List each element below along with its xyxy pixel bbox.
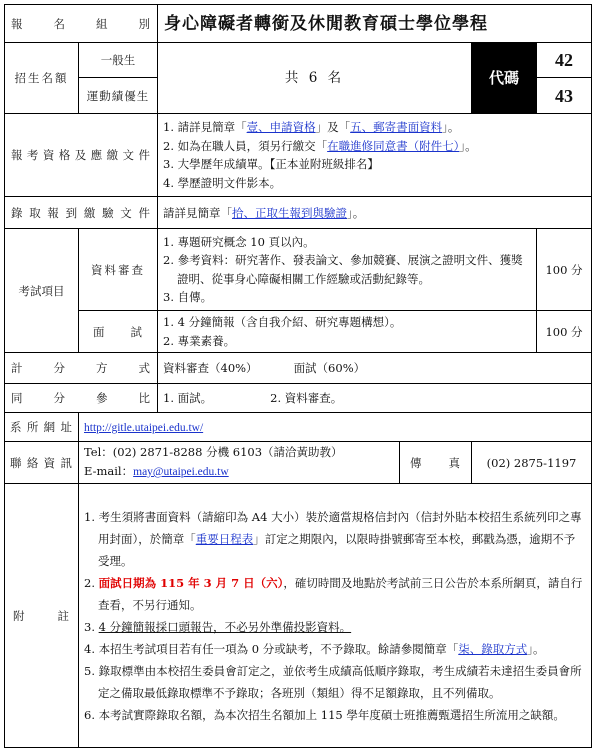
quota-category-athlete: 運動績優生 xyxy=(79,78,158,114)
program-name: 身心障礙者轉銜及休閒教育碩士學位學程 xyxy=(158,5,592,43)
note-item-1: 1. 考生須將書面資料（請縮印為 A4 大小）裝於適當規格信封內（信封外貼本校招… xyxy=(84,506,586,572)
interview-score: 100 分 xyxy=(537,311,592,353)
scoring-row: 計分方式 資料審查（40%）面試（60%） xyxy=(5,353,592,384)
notes-label: 附註 xyxy=(5,484,79,748)
admission-info-table: 報名組別 身心障礙者轉銜及休閒教育碩士學位學程 招生名額 一般生 共 6 名 代… xyxy=(4,4,592,748)
interview-item-2: 2. 專業素養。 xyxy=(163,332,531,351)
qualification-item-4: 4. 學歷證明文件影本。 xyxy=(163,174,586,193)
fax-label: 傳真 xyxy=(400,442,472,484)
exam-review-content: 1. 專題研究概念 10 頁以內。 2. 參考資料：研究著作、發表論文、參加競賽… xyxy=(158,229,537,311)
code-athlete: 43 xyxy=(537,78,592,114)
scoring-label: 計分方式 xyxy=(5,353,158,384)
program-row: 報名組別 身心障礙者轉銜及休閒教育碩士學位學程 xyxy=(5,5,592,43)
review-item-3: 3. 自傳。 xyxy=(163,288,531,307)
notes-content: 1. 考生須將書面資料（請縮印為 A4 大小）裝於適當規格信封內（信封外貼本校招… xyxy=(79,484,592,748)
tiebreak-second: 2. 資料審查。 xyxy=(270,391,342,405)
note-item-5: 5. 錄取標準由本校招生委員會訂定之，並依考生成績高低順序錄取，考生成績若未達招… xyxy=(84,660,586,704)
note-item-2: 2. 面試日期為 115 年 3 月 7 日（六），確切時間及地點於考試前三日公… xyxy=(84,572,586,616)
contact-tel: Tel：(02) 2871-8288 分機 6103（請洽黃助教） xyxy=(84,443,394,462)
website-link[interactable]: http://gitle.utaipei.edu.tw/ xyxy=(84,422,203,434)
note-item-4: 4. 本招生考試項目若有任一項為 0 分或缺考，不予錄取。餘請參閱簡章「柒、錄取… xyxy=(84,638,586,660)
contact-row: 聯絡資訊 Tel：(02) 2871-8288 分機 6103（請洽黃助教） E… xyxy=(5,442,592,484)
website-row: 系所網址 http://gitle.utaipei.edu.tw/ xyxy=(5,413,592,442)
notes-list: 1. 考生須將書面資料（請縮印為 A4 大小）裝於適當規格信封內（信封外貼本校招… xyxy=(84,506,586,726)
exam-label: 考試項目 xyxy=(5,229,79,353)
quota-category-general: 一般生 xyxy=(79,43,158,78)
link-apply-qualification[interactable]: 壹、申請資格 xyxy=(247,120,316,134)
email-link[interactable]: may@utaipei.edu.tw xyxy=(133,466,229,478)
notes-row: 附註 1. 考生須將書面資料（請縮印為 A4 大小）裝於適當規格信封內（信封外貼… xyxy=(5,484,592,748)
tiebreak-first: 1. 面試。 xyxy=(163,391,212,405)
website-label: 系所網址 xyxy=(5,413,79,442)
review-item-2: 2. 參考資料：研究著作、發表論文、參加競賽、展演之證明文件、獲獎證明、從事身心… xyxy=(163,251,531,288)
link-employer-consent-form[interactable]: 在職進修同意書（附件七） xyxy=(327,139,459,153)
note-item-6: 6. 本考試實際錄取名額，為本次招生名額加上 115 學年度碩士班推薦甄選招生所… xyxy=(84,704,586,726)
qualification-item-3: 3. 大學歷年成績單。【正本並附班級排名】 xyxy=(163,155,586,174)
link-important-schedule[interactable]: 重要日程表 xyxy=(196,532,254,546)
admission-docs-row: 錄取報到繳驗文件 請詳見簡章「拾、正取生報到與驗證」。 xyxy=(5,197,592,229)
qualifications-row: 報考資格及應繳文件 1. 請詳見簡章「壹、申請資格」及「五、郵寄書面資料」。 2… xyxy=(5,114,592,197)
group-label: 報名組別 xyxy=(5,5,158,43)
admission-docs-content: 請詳見簡章「拾、正取生報到與驗證」。 xyxy=(158,197,592,229)
link-mail-documents[interactable]: 五、郵寄書面資料 xyxy=(350,120,442,134)
code-general: 42 xyxy=(537,43,592,78)
contact-label: 聯絡資訊 xyxy=(5,442,79,484)
note-item-3: 3. 4 分鐘簡報採口頭報告，不必另外準備投影資料。 xyxy=(84,616,586,638)
tiebreak-content: 1. 面試。2. 資料審查。 xyxy=(158,384,592,413)
exam-interview-content: 1. 4 分鐘簡報（含自我介紹、研究專題構想）。 2. 專業素養。 xyxy=(158,311,537,353)
exam-interview-row: 面試 1. 4 分鐘簡報（含自我介紹、研究專題構想）。 2. 專業素養。 100… xyxy=(5,311,592,353)
interview-date-highlight: 面試日期為 115 年 3 月 7 日（六） xyxy=(99,576,284,590)
quota-row-general: 招生名額 一般生 共 6 名 代碼 42 xyxy=(5,43,592,78)
qualification-item-1: 1. 請詳見簡章「壹、申請資格」及「五、郵寄書面資料」。 xyxy=(163,118,586,137)
contact-content: Tel：(02) 2871-8288 分機 6103（請洽黃助教） E-mail… xyxy=(79,442,400,484)
quota-label: 招生名額 xyxy=(5,43,79,114)
contact-email-line: E-mail：may@utaipei.edu.tw xyxy=(84,462,394,482)
interview-item-1: 1. 4 分鐘簡報（含自我介紹、研究專題構想）。 xyxy=(163,313,531,332)
review-items-list: 1. 專題研究概念 10 頁以內。 2. 參考資料：研究著作、發表論文、參加競賽… xyxy=(163,233,531,307)
exam-interview-label: 面試 xyxy=(79,311,158,353)
qualifications-list: 1. 請詳見簡章「壹、申請資格」及「五、郵寄書面資料」。 2. 如為在職人員，須… xyxy=(163,118,586,192)
tiebreak-row: 同分參比 1. 面試。2. 資料審查。 xyxy=(5,384,592,413)
exam-review-label: 資料審查 xyxy=(79,229,158,311)
quota-total: 共 6 名 xyxy=(158,43,472,114)
scoring-review-weight: 資料審查（40%） xyxy=(163,361,258,375)
scoring-interview-weight: 面試（60%） xyxy=(294,361,366,375)
review-item-1: 1. 專題研究概念 10 頁以內。 xyxy=(163,233,531,252)
qualifications-content: 1. 請詳見簡章「壹、申請資格」及「五、郵寄書面資料」。 2. 如為在職人員，須… xyxy=(158,114,592,197)
qualifications-label: 報考資格及應繳文件 xyxy=(5,114,158,197)
link-admission-method[interactable]: 柒、錄取方式 xyxy=(458,642,527,656)
interview-items-list: 1. 4 分鐘簡報（含自我介紹、研究專題構想）。 2. 專業素養。 xyxy=(163,313,531,350)
code-label: 代碼 xyxy=(472,43,537,114)
review-score: 100 分 xyxy=(537,229,592,311)
link-registration-verification[interactable]: 拾、正取生報到與驗證 xyxy=(232,206,347,220)
fax-number: (02) 2875-1197 xyxy=(472,442,592,484)
exam-review-row: 考試項目 資料審查 1. 專題研究概念 10 頁以內。 2. 參考資料：研究著作… xyxy=(5,229,592,311)
website-content: http://gitle.utaipei.edu.tw/ xyxy=(79,413,592,442)
tiebreak-label: 同分參比 xyxy=(5,384,158,413)
admission-docs-label: 錄取報到繳驗文件 xyxy=(5,197,158,229)
scoring-content: 資料審查（40%）面試（60%） xyxy=(158,353,592,384)
qualification-item-2: 2. 如為在職人員，須另行繳交「在職進修同意書（附件七）」。 xyxy=(163,137,586,156)
